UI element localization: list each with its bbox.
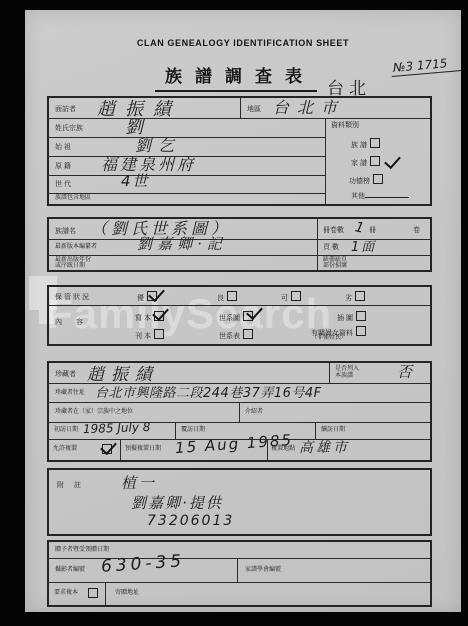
photographer-label: 攝影者編號 <box>55 567 85 574</box>
option-other: 其他 <box>351 190 409 201</box>
condition-excellent: 優 <box>137 291 157 303</box>
third-visit-label: 續訪日期 <box>321 427 345 434</box>
handwritten-number: №3 1715 <box>390 55 462 77</box>
illustrations-checkbox <box>356 311 366 321</box>
pages-label: 頁 數 <box>323 242 339 252</box>
generation-value: 4世 <box>121 170 150 191</box>
zupu-checkbox <box>370 138 380 148</box>
women-data-checkbox <box>356 326 366 336</box>
option-jiapu: 家 譜 <box>351 156 380 168</box>
jiapu-checkbox <box>370 156 380 166</box>
content-illustrations: 插 圖 <box>337 311 366 323</box>
identity-table: 面訪者 趙振績 地區 台北市 姓氏宗族 劉 始 祖 劉乞 原 籍 福建泉州府 世… <box>47 96 432 206</box>
missing-label-line2: 部份損壞 <box>323 263 347 270</box>
condition-content-table: 保管狀況 優 良 可 劣 內 容 寫 本 世系圖 插 圖 刊 本 世系表 有關婦… <box>47 285 432 346</box>
printed-checkbox <box>154 329 164 339</box>
volumes-unit-juan: 卷 <box>413 225 420 235</box>
society-label: 家譜學會編號 <box>245 567 281 574</box>
volumes-unit-ce: 冊 <box>369 225 376 235</box>
form-title: 族譜調查表 <box>155 62 317 92</box>
holder-label: 珍藏者 <box>55 369 76 379</box>
content-printed: 刊 本 <box>135 329 164 341</box>
holder-position-label: 珍藏者在（家）宗族中之地位 <box>55 409 133 416</box>
jiapu-check-mark <box>384 152 401 169</box>
content-lineage-chart: 世系圖 <box>219 311 253 323</box>
condition-fair: 可 <box>281 291 301 303</box>
lineage-chart-checkbox <box>243 311 253 321</box>
request-copy-checkbox <box>88 588 98 598</box>
fair-checkbox <box>291 291 301 301</box>
included-value: 否 <box>397 361 412 382</box>
copy-place-label: 複製地點 <box>271 446 295 453</box>
good-checkbox <box>227 291 237 301</box>
condition-good: 良 <box>217 291 237 303</box>
included-label-line2: 本族譜 <box>335 373 353 380</box>
editor-label: 最新版本編纂者 <box>55 244 97 251</box>
surname-label: 姓氏宗族 <box>55 123 83 133</box>
holder-table: 珍藏者 趙振績 是否列入 本族譜 否 珍藏者住址 台北市興隆路二段244巷37弄… <box>47 361 432 462</box>
lineage-table-checkbox <box>243 329 253 339</box>
editor-value: 劉嘉卿·記 <box>137 233 227 254</box>
book-name-label: 族譜名 <box>55 226 76 236</box>
permission-label: 允許複製 <box>53 446 77 453</box>
mailing-address-label: 寄贈地址 <box>115 590 139 597</box>
coverage-label: 族譜包含地區 <box>55 195 91 202</box>
donor-label: 贈予者暨受領贈日期 <box>55 547 109 554</box>
included-label-line1: 是否列入 <box>335 366 359 373</box>
other-blank-line <box>365 190 409 198</box>
women-data-subnote: （非僅姓氏） <box>311 335 347 342</box>
generation-label: 世 代 <box>55 179 71 189</box>
permission-checkbox <box>102 444 112 454</box>
introducer-label: 介紹者 <box>245 409 263 416</box>
origin-label: 原 籍 <box>55 161 71 171</box>
interviewer-label: 面訪者 <box>55 104 76 114</box>
english-title: CLAN GENEALOGY IDENTIFICATION SHEET <box>25 38 461 48</box>
founder-label: 始 祖 <box>55 142 71 152</box>
condition-poor: 劣 <box>345 291 365 303</box>
option-gongde: 功德榜 <box>349 174 383 186</box>
content-manuscript: 寫 本 <box>135 311 164 323</box>
first-visit-value: 1985 July 8 <box>83 420 151 436</box>
genealogy-book-table: 族譜名 （劉氏世系圖） 冊卷數 1 冊 卷 最新版本編纂者 劉嘉卿·記 頁 數 … <box>47 217 432 272</box>
pubyear-label-line2: 或序跋日期 <box>55 263 85 270</box>
first-visit-label: 初訪日期 <box>54 427 78 434</box>
photographer-value: 630-35 <box>100 551 185 577</box>
second-visit-label: 覆訪日期 <box>181 427 205 434</box>
scanned-form-paper: CLAN GENEALOGY IDENTIFICATION SHEET 族譜調查… <box>25 10 461 612</box>
notes-line2: 劉嘉卿·提供 <box>131 492 223 513</box>
area-label: 地區 <box>247 104 261 114</box>
address-value: 台北市興隆路二段244巷37弄16号4F <box>95 382 322 401</box>
area-value: 台北市 <box>273 95 345 118</box>
content-label: 內 容 <box>55 317 89 327</box>
request-copy-label: 要求複本 <box>54 590 78 597</box>
notes-line3: 73206013 <box>147 513 234 529</box>
option-zupu: 族 譜 <box>351 138 380 150</box>
volumes-value: 1 <box>353 219 365 237</box>
copy-date-label: 預擬複製日期 <box>125 446 161 453</box>
pages-value: 1面 <box>351 236 376 255</box>
notes-line1: 植一 <box>121 472 157 493</box>
copy-date-value: 15 Aug 1985 <box>175 431 294 457</box>
processing-table: 贈予者暨受領贈日期 攝影者編號 630-35 家譜學會編號 要求複本 寄贈地址 <box>47 540 432 607</box>
manuscript-checkbox <box>154 311 164 321</box>
content-lineage-table: 世系表 <box>219 329 253 341</box>
address-label: 珍藏者住址 <box>55 390 85 397</box>
notes-table: 附 註 植一 劉嘉卿·提供 73206013 <box>47 468 432 536</box>
gongde-checkbox <box>373 174 383 184</box>
volumes-label: 冊卷數 <box>323 225 344 235</box>
condition-label: 保管狀況 <box>55 292 91 302</box>
notes-label: 附 註 <box>57 480 85 490</box>
poor-checkbox <box>355 291 365 301</box>
category-header: 資料類別 <box>331 120 359 130</box>
excellent-checkbox <box>147 291 157 301</box>
copy-place-value: 高雄市 <box>299 437 350 457</box>
